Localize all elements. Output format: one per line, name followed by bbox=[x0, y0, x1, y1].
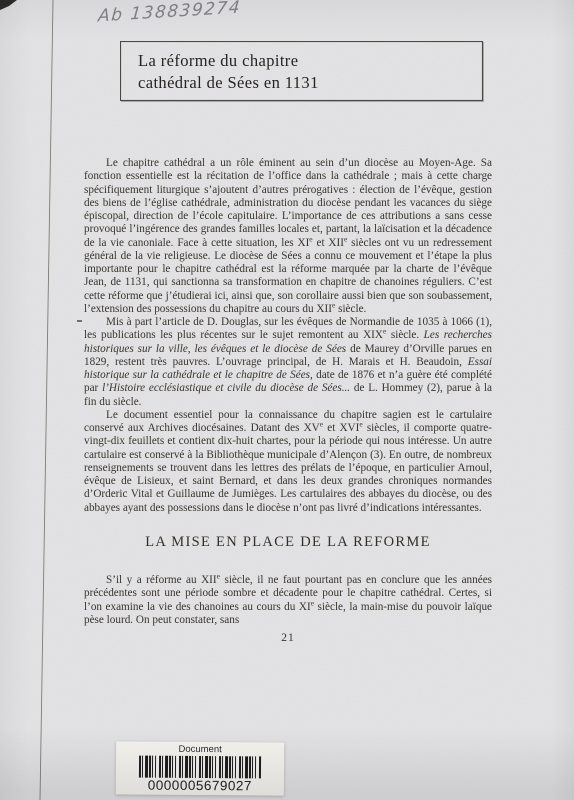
body-paragraph: S’il y a réforme au XIIe siècle, il ne f… bbox=[84, 574, 492, 627]
barcode-bars-icon bbox=[139, 756, 261, 779]
section-heading: LA MISE EN PLACE DE LA REFORME bbox=[84, 536, 492, 549]
body-paragraph: Mis à part l’article de D. Douglas, sur … bbox=[84, 316, 492, 409]
page-fold-line bbox=[40, 0, 53, 800]
barcode-title: Document bbox=[178, 744, 221, 755]
paragraphs-after-heading: S’il y a réforme au XIIe siècle, il ne f… bbox=[84, 574, 492, 627]
handwritten-shelf-number: Ab 138839274 bbox=[97, 0, 241, 26]
barcode-number: 0000005679027 bbox=[148, 778, 252, 794]
page-number: 21 bbox=[84, 632, 492, 645]
corner-mark bbox=[0, 0, 17, 10]
body-paragraph: Le chapitre cathédral a un rôle éminent … bbox=[84, 157, 492, 316]
article-title-line-1: La réforme du chapitre bbox=[138, 50, 482, 72]
body-text: Le chapitre cathédral a un rôle éminent … bbox=[84, 157, 492, 645]
article-title-line-2: cathédral de Sées en 1131 bbox=[138, 72, 482, 94]
scanned-page: Ab 138839274 La réforme du chapitre cath… bbox=[0, 0, 574, 800]
pencil-dot bbox=[77, 320, 82, 322]
body-paragraph: Le document essentiel pour la connaissan… bbox=[84, 409, 492, 515]
title-box: La réforme du chapitre cathédral de Sées… bbox=[120, 41, 483, 101]
barcode-sticker: Document 0000005679027 bbox=[116, 741, 284, 795]
paragraphs-before-heading: Le chapitre cathédral a un rôle éminent … bbox=[84, 157, 492, 515]
